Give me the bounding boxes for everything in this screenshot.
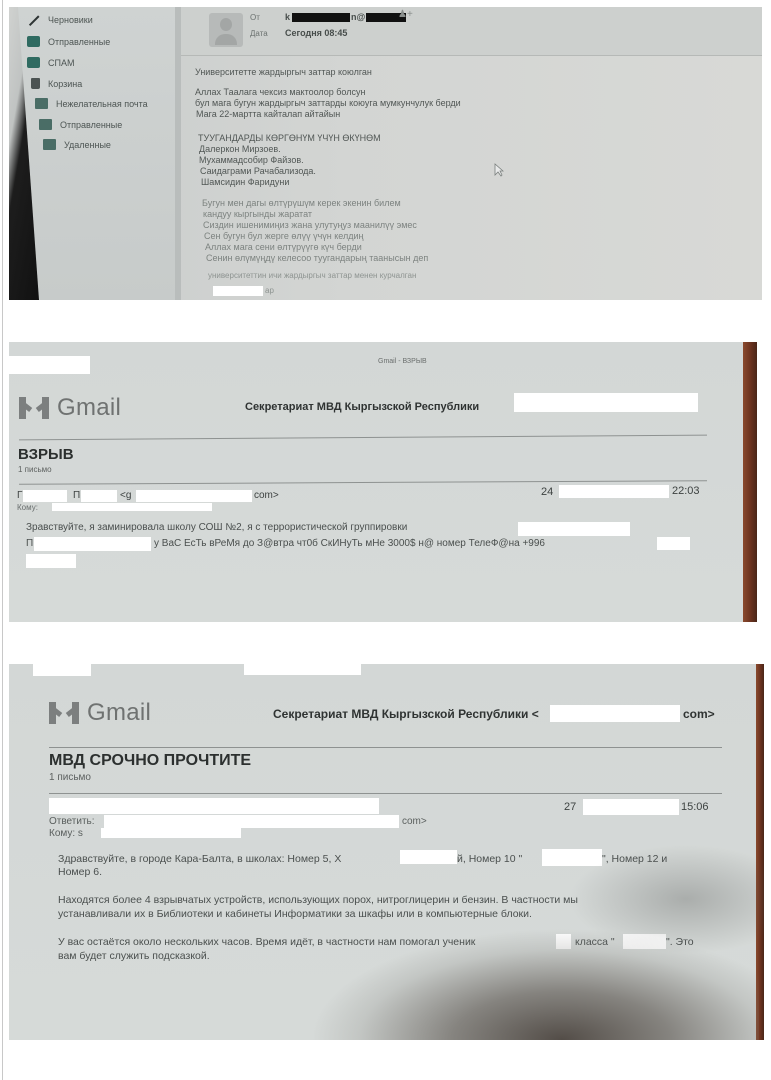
body-line: бул мага бугун жардыргыч заттарды коюуга…	[195, 98, 461, 108]
mail-folder-sidebar: Черновики Отправленные СПАМ Корзина Неже…	[17, 7, 181, 300]
email-body-line: вам будет служить подсказкой.	[58, 950, 210, 962]
redaction-bar	[136, 490, 252, 502]
redaction-bar	[556, 934, 571, 949]
divider	[49, 747, 722, 748]
redaction-bar	[81, 490, 117, 502]
sidebar-item-label: Удаленные	[64, 140, 111, 150]
redaction-bar	[23, 490, 67, 502]
photo-printed-email-urgent: Gmail Секретариат МВД Кыргызской Республ…	[9, 664, 764, 1040]
gmail-wordmark: Gmail	[87, 699, 151, 727]
message-header	[181, 7, 762, 56]
from-value[interactable]: k	[285, 12, 290, 22]
divider	[49, 793, 722, 794]
gmail-logo: Gmail	[49, 699, 151, 727]
from-value-domain: n@	[351, 12, 365, 22]
email-body-line: устанавливали их в Библиотеки и кабинеты…	[58, 908, 532, 920]
redaction-bar	[34, 537, 151, 551]
redaction-bar	[49, 798, 379, 814]
body-line: Сенин өлүмүңдү келесоо туугандарың тааны…	[206, 253, 428, 263]
redaction-bar	[542, 849, 602, 866]
from-surname-initial: П	[73, 490, 80, 501]
redaction-bar	[52, 503, 212, 511]
from-email-suffix: com>	[254, 490, 279, 501]
email-body-line: У вас остаётся около нескольких часов. В…	[58, 936, 475, 948]
folder-icon	[43, 139, 56, 150]
sidebar-item-label: Нежелательная почта	[56, 99, 148, 109]
email-body-line: у ВаС ЕсТь вРеМя до З@втра чт0б СкИНуТь …	[154, 538, 545, 549]
body-line: Сиздин ишенимиңиз жана улутуңуз маанилүү…	[203, 220, 417, 230]
email-body-fragment: й, Номер 10 "	[457, 853, 522, 865]
photo-webmail-screen: Черновики Отправленные СПАМ Корзина Неже…	[9, 7, 762, 300]
photo-printed-email-explosion: Gmail - ВЗРЫВ Gmail Секретариат МВД Кырг…	[9, 342, 757, 622]
signature-fragment: ар	[265, 286, 274, 295]
body-line: Бугун мен дагы өлтүрүшүм керек экенин би…	[202, 198, 401, 208]
sidebar-item-label: Корзина	[48, 79, 82, 89]
from-label: От	[250, 13, 260, 22]
sender-email-suffix: com>	[683, 707, 715, 721]
email-body-fragment: ", Номер 12 и	[602, 853, 667, 865]
hand-shadow	[239, 914, 759, 1040]
gmail-m-icon	[19, 397, 49, 419]
sidebar-item-sent-folder[interactable]: Отправленные	[39, 119, 122, 130]
sidebar-item-label: Черновики	[48, 15, 93, 25]
reply-to-email-suffix[interactable]: com>	[402, 816, 427, 827]
body-line: Мага 22-мартта кайталап айтайын	[196, 109, 340, 119]
sidebar-item-deleted[interactable]: Удаленные	[43, 139, 111, 150]
reply-to-label: Ответить:	[49, 816, 95, 827]
email-date-day: 27	[564, 801, 576, 813]
add-contact-icon[interactable]: ♟+	[398, 9, 413, 20]
spam-box-icon	[27, 57, 40, 68]
body-line: Аллах Таалага чексиз мактоолор болсун	[195, 87, 365, 97]
email-time: 22:03	[672, 485, 700, 497]
redaction-bar	[657, 537, 690, 550]
email-body-fragment: класса "	[575, 936, 615, 948]
redaction-bar	[623, 934, 666, 949]
print-page-title: Gmail - ВЗРЫВ	[378, 358, 427, 365]
folder-icon	[39, 119, 52, 130]
body-line: Аллах мага сени өлтүрүүгө күч берди	[205, 242, 362, 252]
date-label: Дата	[250, 29, 268, 38]
redaction-bar	[518, 522, 630, 536]
to-label: Кому:	[17, 503, 38, 512]
trash-icon	[31, 78, 40, 89]
redaction-bar	[292, 13, 350, 22]
body-closing-line: университеттин ичи жардыргыч заттар мене…	[208, 271, 416, 280]
from-email[interactable]: <g	[120, 490, 131, 501]
body-line: Сен бугун бул жерге өлүү үчүн келдиң	[204, 231, 363, 241]
body-line: Шамсидин Фаридуни	[201, 177, 289, 187]
sidebar-item-junk[interactable]: Нежелательная почта	[35, 98, 148, 109]
redaction-bar	[550, 705, 680, 722]
redaction-bar	[33, 664, 91, 676]
email-time: 15:06	[681, 801, 709, 813]
body-line: кандуу кыргынды жаратат	[203, 209, 312, 219]
desk-wood-edge	[743, 342, 757, 622]
sidebar-item-label: Отправленные	[48, 37, 110, 47]
sender-organization: Секретариат МВД Кыргызской Республики	[245, 401, 479, 413]
email-body-line: Находятся более 4 взрывчатых устройств, …	[58, 894, 578, 906]
body-subject-line: Университетте жардыргыч заттар коюлган	[195, 67, 372, 77]
redaction-bar	[26, 554, 76, 568]
redaction-bar	[244, 664, 361, 675]
body-line: Мухаммадсобир Файзов.	[199, 155, 304, 165]
redaction-bar	[101, 828, 241, 838]
gmail-m-icon	[49, 702, 79, 724]
email-body-line: Здравствуйте, в городе Кара-Балта, в шко…	[58, 853, 341, 865]
folder-icon	[35, 98, 48, 109]
sidebar-item-label: Отправленные	[60, 120, 122, 130]
body-heading: ТУУГАНДАРДЫ КӨРГӨНҮМ ҮЧҮН ӨКҮНӨМ	[198, 133, 381, 143]
gmail-wordmark: Gmail	[57, 394, 121, 422]
redaction-bar	[514, 393, 698, 412]
email-subject: МВД СРОЧНО ПРОЧТИТЕ	[49, 752, 251, 770]
redaction-bar	[583, 799, 679, 815]
from-name-initial: Г	[17, 490, 22, 501]
to-label: Кому: s	[49, 828, 83, 839]
email-body-line: Зравствуйте, я заминировала школу СОШ №2…	[26, 522, 407, 533]
page-edge-line	[2, 0, 3, 1080]
date-value: Сегодня 08:45	[285, 28, 347, 38]
redaction-bar	[104, 815, 399, 828]
body-line: Далеркон Мирзоев.	[199, 144, 281, 154]
email-date-day: 24	[541, 486, 553, 498]
sender-avatar-icon	[209, 13, 243, 47]
redaction-bar	[9, 356, 90, 374]
gmail-logo: Gmail	[19, 394, 121, 422]
desk-wood-edge	[756, 664, 764, 1040]
body-line: Саидаграми Рачабализода.	[200, 166, 316, 176]
message-count: 1 письмо	[49, 772, 91, 783]
redaction-bar	[559, 485, 669, 498]
sidebar-item-spam[interactable]: СПАМ	[27, 57, 74, 68]
sidebar-item-sent[interactable]: Отправленные	[27, 36, 110, 47]
email-body-fragment: П	[26, 538, 33, 549]
redaction-bar	[213, 286, 263, 296]
email-body-fragment: ". Это	[666, 936, 694, 948]
email-subject: ВЗРЫВ	[18, 446, 74, 463]
divider	[19, 435, 707, 441]
message-count: 1 письмо	[18, 465, 52, 474]
sidebar-item-drafts[interactable]: Черновики	[27, 15, 93, 25]
email-body-line: Номер 6.	[58, 866, 102, 878]
mouse-cursor-icon	[494, 163, 504, 177]
pencil-icon	[27, 14, 39, 26]
sent-box-icon	[27, 36, 40, 47]
sender-organization: Секретариат МВД Кыргызской Республики <	[273, 707, 539, 721]
sidebar-item-trash[interactable]: Корзина	[31, 78, 82, 89]
redaction-bar	[400, 850, 457, 864]
sidebar-item-label: СПАМ	[48, 58, 74, 68]
